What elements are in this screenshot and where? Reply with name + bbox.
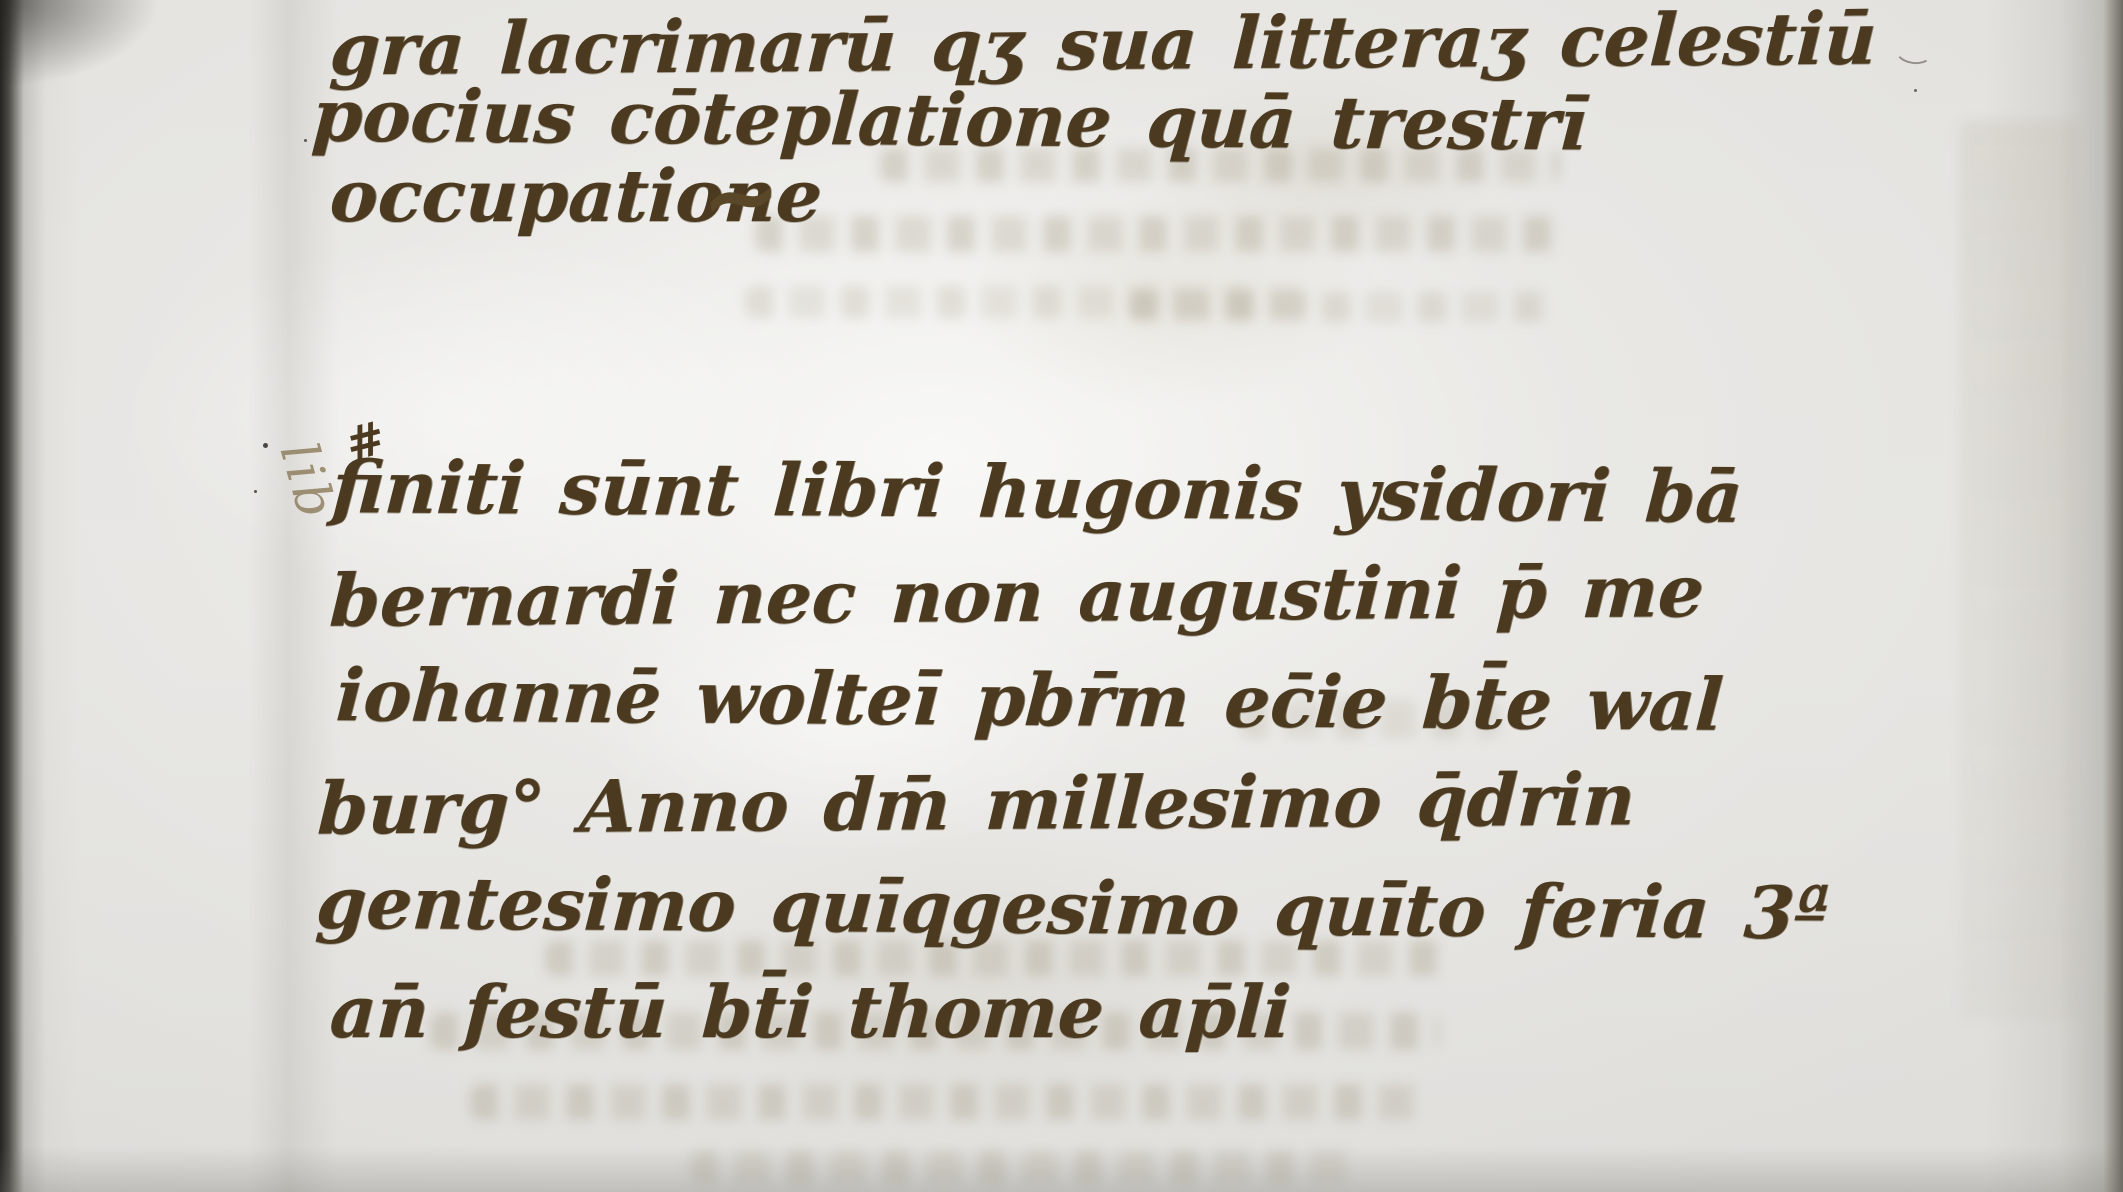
colophon-line-5: gentesimo quīqgesimo quīto feria 3ª <box>314 867 1831 950</box>
colophon-line-3: iohannē wolteī pbr̄m ec̄ie bt̄e wal <box>334 659 1725 741</box>
colophon-line-6: an̄ festū bt̄i thome ap̄li <box>328 976 1292 1048</box>
showthrough-line <box>470 1084 1420 1120</box>
line-end-flourish: ~ <box>694 136 786 257</box>
scan-edge-right <box>1983 0 2123 1192</box>
scan-edge-left <box>0 0 80 1192</box>
showthrough-line <box>755 216 1555 252</box>
dust-speck <box>263 443 268 448</box>
scan-corner-top-left <box>0 0 220 120</box>
colophon-line-2: bernardi nec non augustini p̄ me <box>328 555 1705 637</box>
colophon-line-4: burg° Anno dm̄ millesimo q̄drin <box>316 763 1637 844</box>
showthrough-line <box>1130 292 1550 322</box>
paper-fiber <box>1893 35 1934 66</box>
text-line-upper-1: gra lacrimarū qʒ sua litteraʒ celestiū <box>328 3 1878 86</box>
colophon-line-1: finiti sūnt libri hugonis ysidori bā <box>330 451 1744 533</box>
manuscript-page-photo: gra lacrimarū qʒ sua litteraʒ celestiū p… <box>0 0 2123 1192</box>
text-line-upper-2: pocius cōteplatione quā trestrī <box>310 80 1589 161</box>
page-crease-shadow <box>248 0 338 1192</box>
scan-edge-bottom <box>0 1146 2123 1192</box>
